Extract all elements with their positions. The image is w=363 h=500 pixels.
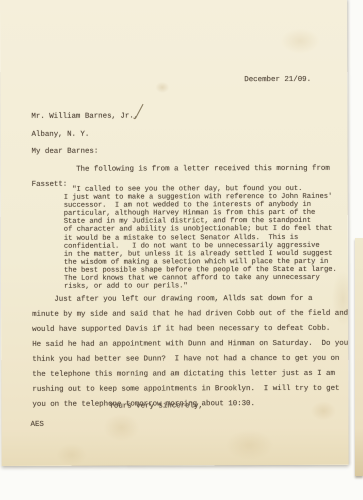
closing-line: Yours very sincerely, (109, 402, 202, 410)
pencil-check-icon (131, 102, 145, 122)
scanned-letter-background: December 21/09. Mr. William Barnes, Jr.,… (0, 0, 363, 500)
recipient-name: Mr. William Barnes, Jr., (31, 113, 138, 121)
letter-page: December 21/09. Mr. William Barnes, Jr.,… (0, 0, 349, 466)
salutation: My dear Barnes: (32, 148, 99, 156)
recipient-city: Albany, N. Y. (31, 131, 89, 139)
typist-initials: AES (30, 421, 43, 429)
letter-date: December 21/09. (244, 76, 311, 84)
quoted-letter-block: "I called to see you the other day, but … (64, 185, 337, 291)
adjacent-page-edge (355, 238, 363, 476)
body-paragraph: Just after you left our drawing room, Al… (32, 292, 348, 413)
